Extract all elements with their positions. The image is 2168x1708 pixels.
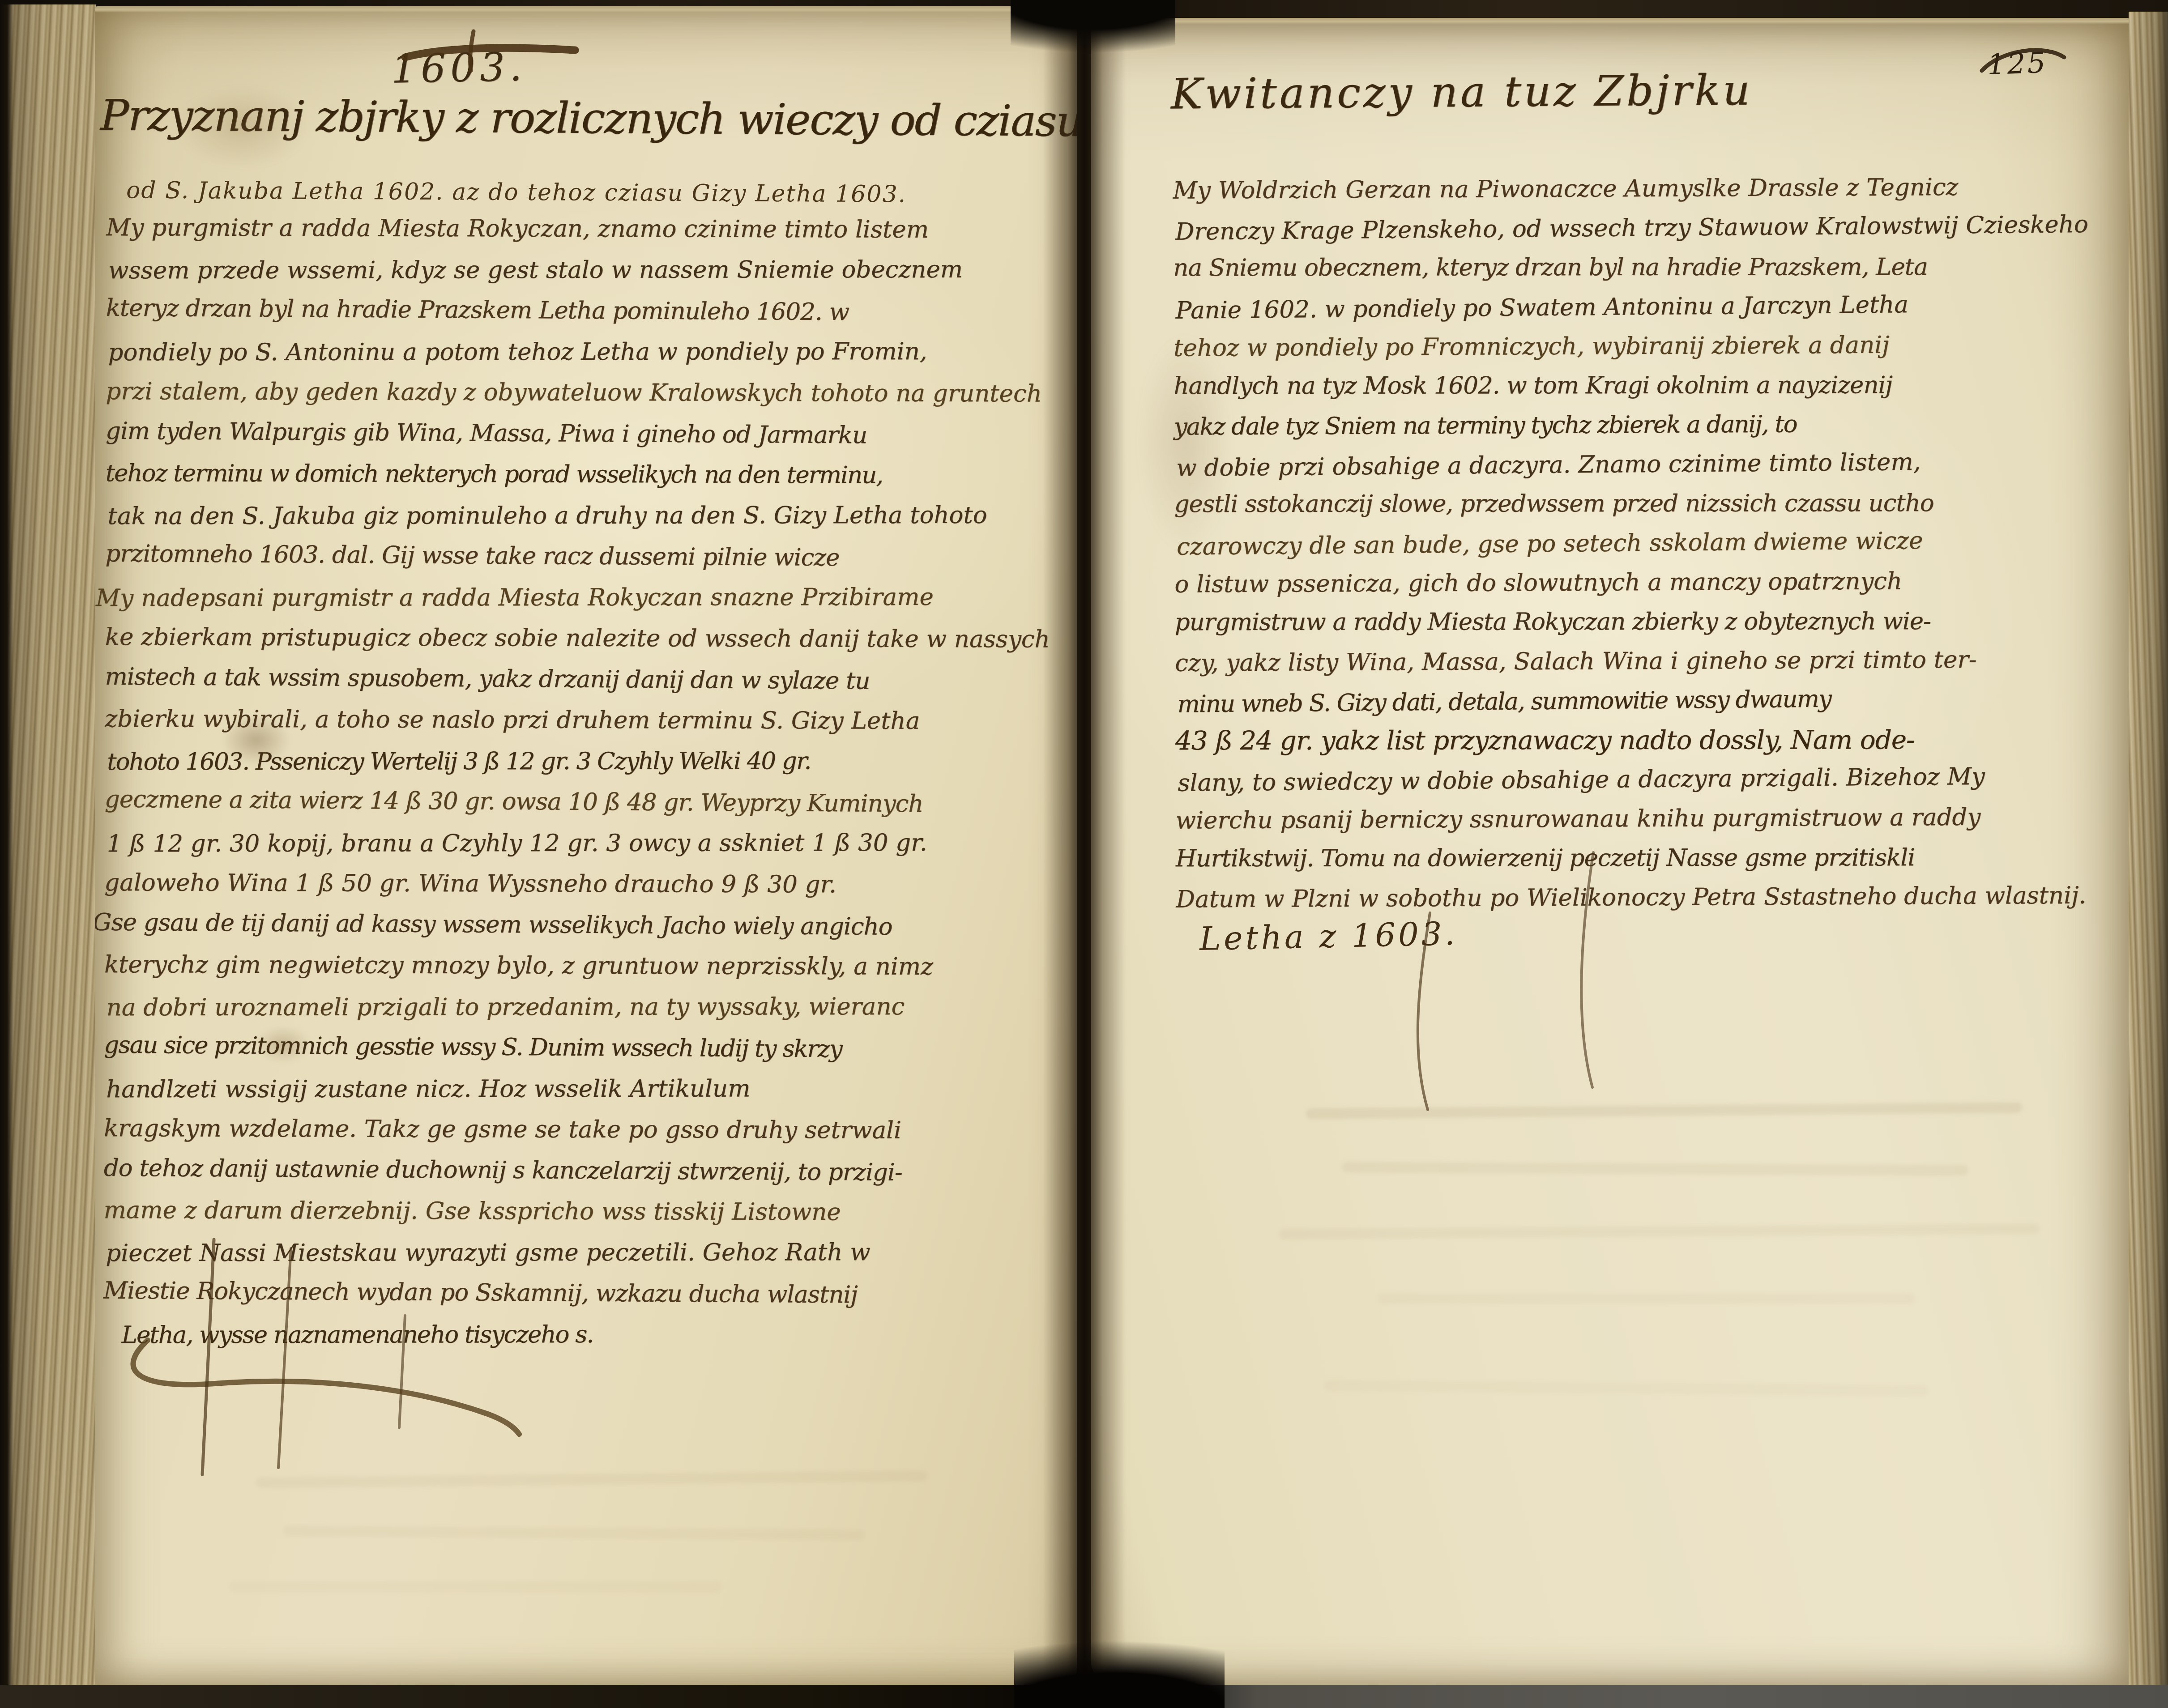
manuscript-text-line: Hurtikstwij. Tomu na dowierzenij peczeti… <box>1176 838 2129 879</box>
manuscript-text-line: przi stalem, aby geden kazdy z obywatelu… <box>106 371 1076 414</box>
manuscript-text-line: wierchu psanij berniczy ssnurowanau knih… <box>1176 797 2129 840</box>
manuscript-text-line: ke zbierkam pristupugicz obecz sobie nal… <box>105 617 1075 660</box>
right-page-body-text: My Woldrzich Gerzan na Piwonaczce Aumysl… <box>1173 167 2129 919</box>
folio-number: 125 <box>1987 47 2048 82</box>
left-page-title: Przyznanj zbjrky z rozlicznych wieczy od… <box>100 91 1072 146</box>
manuscript-text-line: My Woldrzich Gerzan na Piwonaczce Aumysl… <box>1173 167 2126 210</box>
manuscript-text-line: mame z darum dierzebnij. Gse ksspricho w… <box>103 1190 1074 1233</box>
manuscript-text-line: Panie 1602. w pondiely po Swatem Antonin… <box>1175 283 2129 330</box>
right-page: Kwitanczy na tuz Zbjrku 125 My Woldrzich… <box>1091 18 2130 1691</box>
manuscript-text-line: czy, yakz listy Wina, Massa, Salach Wina… <box>1175 639 2128 683</box>
left-page: 1603. Przyznanj zbjrky z rozlicznych wie… <box>95 6 1077 1691</box>
manuscript-text-line: geczmene a zita wierz 14 ß 30 gr. owsa 1… <box>105 779 1075 826</box>
manuscript-text-line: handlzeti wssigij zustane nicz. Hoz wsse… <box>106 1068 1076 1110</box>
manuscript-text-line: na Sniemu obecznem, kteryz drzan byl na … <box>1173 247 2126 288</box>
manuscript-text-line: yakz dale tyz Sniem na terminy tychz zbi… <box>1174 403 2127 447</box>
manuscript-text-line: przitomneho 1603. dal. Gij wsse take rac… <box>105 533 1075 580</box>
manuscript-text-line: wssem przede wssemi, kdyz se gest stalo … <box>108 249 1077 291</box>
manuscript-text-line: minu wneb S. Gizy dati, detala, summowit… <box>1177 677 2130 724</box>
gutter-top-shadow <box>1011 0 1175 53</box>
year-heading: 1603. <box>391 43 527 92</box>
show-through <box>256 1470 927 1488</box>
manuscript-text-line: na dobri uroznameli przigali to przedani… <box>107 986 1077 1028</box>
show-through <box>1279 1223 2040 1239</box>
manuscript-text-line: handlych na tyz Mosk 1602. w tom Kragi o… <box>1174 366 2127 406</box>
manuscript-text-line: tak na den S. Jakuba giz pominuleho a dr… <box>108 494 1077 537</box>
show-through <box>283 1525 865 1540</box>
manuscript-text-line: 43 ß 24 gr. yakz list przyznawaczy nadto… <box>1175 720 2129 761</box>
manuscript-text-line: gsau sice przitomnich gesstie wssy S. Du… <box>104 1025 1074 1071</box>
right-page-title: Kwitanczy na tuz Zbjrku <box>1171 66 1753 119</box>
manuscript-text-line: zbierku wybirali, a toho se naslo przi d… <box>105 699 1075 742</box>
gutter-bottom-shadow <box>1014 1641 1225 1708</box>
manuscript-text-line: Datum w Plzni w sobothu po Wielikonoczy … <box>1176 876 2129 919</box>
manuscript-text-line: pieczet Nassi Miestskau wyrazyti gsme pe… <box>106 1231 1076 1274</box>
manuscript-text-line: czarowczy dle san bude, gse po setech ss… <box>1177 520 2130 566</box>
show-through <box>229 1581 721 1592</box>
right-foredge-page-stack <box>2129 12 2168 1708</box>
manuscript-text-line: galoweho Wina 1 ß 50 gr. Wina Wyssneho d… <box>104 862 1075 906</box>
manuscript-text-line: o listuw pssenicza, gich do slowutnych a… <box>1174 561 2128 604</box>
manuscript-text-line: My purgmistr a radda Miesta Rokyczan, zn… <box>106 207 1076 251</box>
manuscript-text-line: w dobie przi obsahige a daczyra. Znamo c… <box>1176 441 2130 488</box>
manuscript-text-line: 1 ß 12 gr. 30 kopij, branu a Czyhly 12 g… <box>107 822 1077 864</box>
left-page-subtitle: od S. Jakuba Letha 1602. az do tehoz czi… <box>126 177 906 208</box>
left-page-body-text: My purgmistr a radda Miesta Rokyczan, zn… <box>103 207 1077 1356</box>
show-through <box>1324 1380 1928 1396</box>
manuscript-text-line: Gse gsau de tij danij ad kassy wssem wss… <box>95 902 1075 948</box>
manuscript-text-line: gestli sstokanczij slowe, przedwssem prz… <box>1174 484 2128 524</box>
manuscript-text-line: tehoz terminu w domich nekterych porad w… <box>106 453 1076 496</box>
manuscript-text-line: My nadepsani purgmistr a radda Miesta Ro… <box>96 576 1077 618</box>
manuscript-photo: 1603. Przyznanj zbjrky z rozlicznych wie… <box>0 0 2168 1708</box>
left-foredge-page-stack <box>0 4 96 1708</box>
manuscript-text-line: purgmistruw a raddy Miesta Rokyczan zbie… <box>1175 602 2128 643</box>
show-through <box>1306 1102 2022 1119</box>
manuscript-text-line: gim tyden Walpurgis gib Wina, Massa, Piw… <box>106 410 1076 457</box>
right-page-top-edge <box>1091 18 2130 24</box>
show-through <box>1342 1162 1968 1176</box>
dateline: Letha z 1603. <box>1199 915 1458 958</box>
manuscript-text-line: tohoto 1603. Psseniczy Wertelij 3 ß 12 g… <box>107 740 1077 782</box>
manuscript-text-line: Drenczy Krage Plzenskeho, od wssech trzy… <box>1175 204 2129 251</box>
manuscript-text-line: mistech a tak wssim spusobem, yakz drzan… <box>105 656 1075 703</box>
manuscript-text-line: kteryz drzan byl na hradie Prazskem Leth… <box>106 288 1076 334</box>
manuscript-text-line: kterychz gim negwietczy mnozy bylo, z gr… <box>104 944 1075 988</box>
manuscript-text-line: Miestie Rokyczanech wydan po Sskamnij, w… <box>103 1270 1074 1317</box>
manuscript-text-line: do tehoz danij ustawnie duchownij s kanc… <box>103 1147 1074 1194</box>
manuscript-text-line: slany, to swiedczy w dobie obsahige a da… <box>1178 756 2130 803</box>
manuscript-text-line: kragskym wzdelame. Takz ge gsme se take … <box>104 1108 1074 1151</box>
show-through <box>1378 1293 1915 1304</box>
left-page-top-edge <box>95 6 1077 13</box>
manuscript-text-line: Letha, wysse naznamenaneho tisyczeho s. <box>122 1313 1076 1355</box>
manuscript-text-line: pondiely po S. Antoninu a potom tehoz Le… <box>108 331 1077 373</box>
manuscript-text-line: tehoz w pondiely po Fromniczych, wybiran… <box>1174 324 2127 368</box>
